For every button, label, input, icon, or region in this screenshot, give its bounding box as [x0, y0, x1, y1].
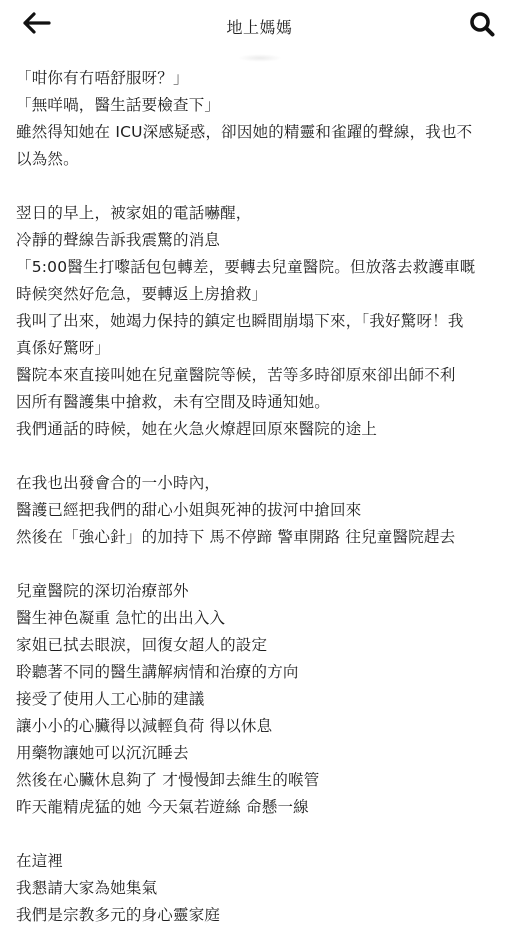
text-line: 聆聽著不同的醫生講解病情和治療的方向 — [16, 659, 503, 686]
text-line: 醫院本來直接叫她在兒童醫院等候，苦等多時卻原來卻出師不利 — [16, 362, 503, 389]
paragraph: 翌日的早上，被家姐的電話嚇醒， 冷靜的聲線告訴我震驚的消息 「5:00醫生打嚟話… — [16, 200, 503, 443]
text-line: 我懇請大家為她集氣 — [16, 875, 503, 902]
text-line: 然後在「強心針」的加持下 馬不停蹄 警車開路 往兒童醫院趕去 — [16, 524, 503, 551]
text-line: 家姐已拭去眼淚，回復女超人的設定 — [16, 632, 503, 659]
post-body: 「咁你有冇唔舒服呀？」 「無咩喎，醫生話要檢查下」 雖然得知她在 ICU深感疑惑… — [0, 54, 519, 929]
arrow-left-icon — [21, 11, 51, 39]
search-icon — [468, 10, 496, 42]
top-bar: 地上媽媽 — [0, 0, 519, 54]
header-divider-shadow — [238, 54, 282, 62]
text-line: 時候突然好危急，要轉返上房搶救」 — [16, 281, 503, 308]
page-title: 地上媽媽 — [226, 15, 292, 38]
text-line: 「5:00醫生打嚟話包包轉差，要轉去兒童醫院。但放落去救護車嘅 — [16, 254, 503, 281]
text-line: 接受了使用人工心肺的建議 — [16, 686, 503, 713]
text-line: 在這裡 — [16, 848, 503, 875]
text-line: 昨天龍精虎猛的她 今天氣若遊絲 命懸一線 — [16, 794, 503, 821]
app-screen: 地上媽媽 「咁你有冇唔舒服呀？」 「無咩喎，醫生話要檢查下」 雖然得知她在 IC… — [0, 0, 519, 931]
text-line: 兒童醫院的深切治療部外 — [16, 578, 503, 605]
text-line: 醫護已經把我們的甜心小姐與死神的拔河中搶回來 — [16, 497, 503, 524]
text-line: 醫生神色凝重 急忙的出出入入 — [16, 605, 503, 632]
text-line: 「咁你有冇唔舒服呀？」 — [16, 65, 503, 92]
text-line: 讓小小的心臟得以減輕負荷 得以休息 — [16, 713, 503, 740]
text-line: 冷靜的聲線告訴我震驚的消息 — [16, 227, 503, 254]
text-line: 我們通話的時候，她在火急火燎趕回原來醫院的途上 — [16, 416, 503, 443]
back-button[interactable] — [18, 10, 54, 40]
paragraph: 在我也出發會合的一小時內， 醫護已經把我們的甜心小姐與死神的拔河中搶回來 然後在… — [16, 470, 503, 551]
text-line: 然後在心臟休息夠了 才慢慢卸去維生的喉管 — [16, 767, 503, 794]
text-line: 翌日的早上，被家姐的電話嚇醒， — [16, 200, 503, 227]
paragraph: 兒童醫院的深切治療部外 醫生神色凝重 急忙的出出入入 家姐已拭去眼淚，回復女超人… — [16, 578, 503, 821]
text-line: 真係好驚呀」 — [16, 335, 503, 362]
text-line: 我們是宗教多元的身心靈家庭 — [16, 902, 503, 929]
text-line: 因所有醫護集中搶救，未有空間及時通知她。 — [16, 389, 503, 416]
text-line: 用藥物讓她可以沉沉睡去 — [16, 740, 503, 767]
text-line: 在我也出發會合的一小時內， — [16, 470, 503, 497]
text-line: 雖然得知她在 ICU深感疑惑，卻因她的精靈和雀躍的聲線，我也不 — [16, 119, 503, 146]
search-button[interactable] — [465, 9, 499, 43]
text-line: 「無咩喎，醫生話要檢查下」 — [16, 92, 503, 119]
text-line: 我叫了出來，她竭力保持的鎮定也瞬間崩塌下來，「我好驚呀！我 — [16, 308, 503, 335]
paragraph: 「咁你有冇唔舒服呀？」 「無咩喎，醫生話要檢查下」 雖然得知她在 ICU深感疑惑… — [16, 65, 503, 173]
text-line: 以為然。 — [16, 146, 503, 173]
paragraph: 在這裡 我懇請大家為她集氣 我們是宗教多元的身心靈家庭 — [16, 848, 503, 929]
